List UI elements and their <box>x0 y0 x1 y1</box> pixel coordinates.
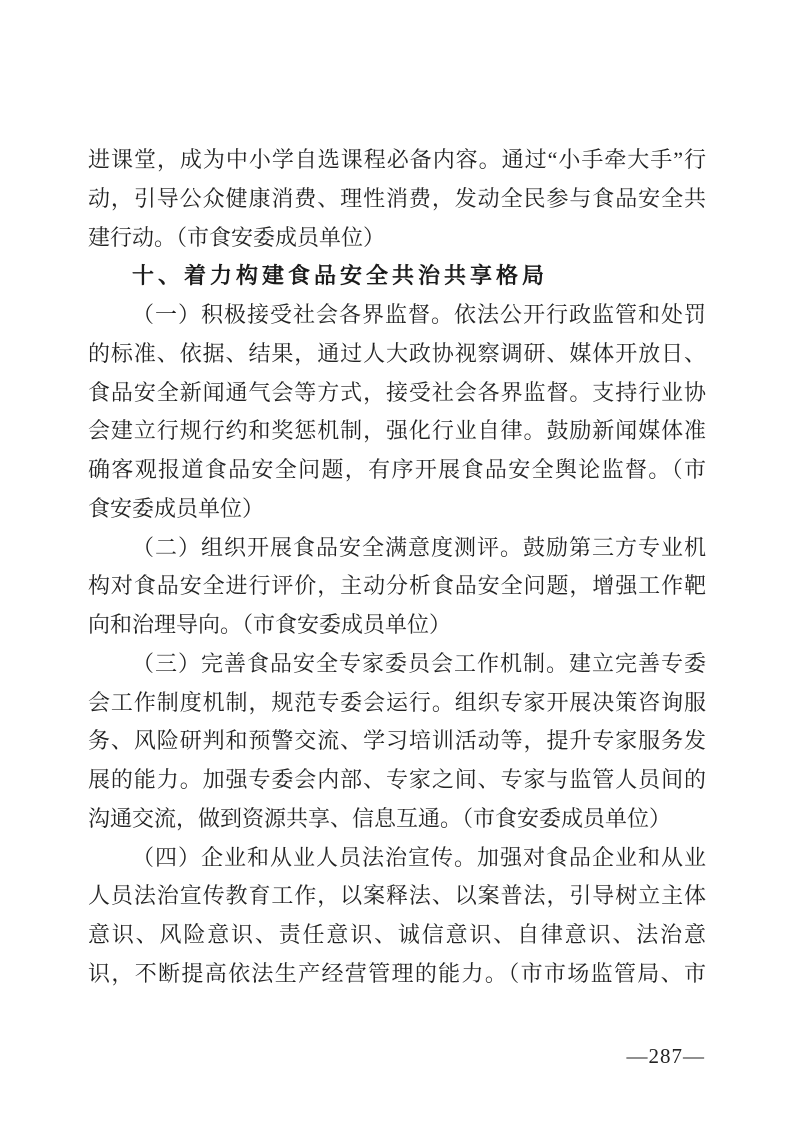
text-line: 建行动。（市食安委成员单位） <box>88 219 706 258</box>
paragraph-first-line: （一）积极接受社会各界监督。依法公开行政监管和处罚 <box>88 296 706 335</box>
text-line: 会工作制度机制，规范专委会运行。组织专家开展决策咨询服 <box>88 684 706 723</box>
paragraph-lead: （一）积极接受社会各界监督。 <box>132 302 454 327</box>
document-page: 进课堂，成为中小学自选课程必备内容。通过“小手牵大手”行 动，引导公众健康消费、… <box>0 0 793 1122</box>
paragraph-lead-rest: 依法公开行政监管和处罚 <box>454 302 706 327</box>
text-line: 的标准、依据、结果，通过人大政协视察调研、媒体开放日、 <box>88 335 706 374</box>
text-line: 意识、风险意识、责任意识、诚信意识、自律意识、法治意 <box>88 916 706 955</box>
section-heading: 十、着力构建食品安全共治共享格局 <box>88 257 706 296</box>
paragraph-lead-rest: 鼓励第三方专业机 <box>523 535 706 560</box>
paragraph-first-line: （四）企业和从业人员法治宣传。加强对食品企业和从业 <box>88 839 706 878</box>
paragraph-lead-rest: 建立完善专委 <box>569 651 706 676</box>
text-line: 人员法治宣传教育工作，以案释法、以案普法，引导树立主体 <box>88 877 706 916</box>
text-line: 会建立行规行约和奖惩机制，强化行业自律。鼓励新闻媒体准 <box>88 412 706 451</box>
paragraph-lead-rest: 加强对食品企业和从业 <box>477 845 706 870</box>
text-line: 动，引导公众健康消费、理性消费，发动全民参与食品安全共 <box>88 180 706 219</box>
paragraph-lead: （四）企业和从业人员法治宣传。 <box>132 845 477 870</box>
paragraph-lead: （三）完善食品安全专家委员会工作机制。 <box>132 651 569 676</box>
text-line: 务、风险研判和预警交流、学习培训活动等，提升专家服务发 <box>88 722 706 761</box>
text-line: 展的能力。加强专委会内部、专家之间、专家与监管人员间的 <box>88 761 706 800</box>
text-line: 进课堂，成为中小学自选课程必备内容。通过“小手牵大手”行 <box>88 141 706 180</box>
text-line: 沟通交流，做到资源共享、信息互通。（市食安委成员单位） <box>88 800 706 839</box>
paragraph-first-line: （二）组织开展食品安全满意度测评。鼓励第三方专业机 <box>88 529 706 568</box>
text-line: 构对食品安全进行评价，主动分析食品安全问题，增强工作靶 <box>88 567 706 606</box>
document-text: 进课堂，成为中小学自选课程必备内容。通过“小手牵大手”行 动，引导公众健康消费、… <box>88 141 706 994</box>
text-line: 识，不断提高依法生产经营管理的能力。（市市场监管局、市 <box>88 955 706 994</box>
page-number: —287— <box>627 1044 706 1069</box>
text-line: 食品安全新闻通气会等方式，接受社会各界监督。支持行业协 <box>88 374 706 413</box>
text-line: 确客观报道食品安全问题，有序开展食品安全舆论监督。（市 <box>88 451 706 490</box>
paragraph-first-line: （三）完善食品安全专家委员会工作机制。建立完善专委 <box>88 645 706 684</box>
paragraph-lead: （二）组织开展食品安全满意度测评。 <box>132 535 523 560</box>
text-line: 食安委成员单位） <box>88 490 706 529</box>
text-line: 向和治理导向。（市食安委成员单位） <box>88 606 706 645</box>
